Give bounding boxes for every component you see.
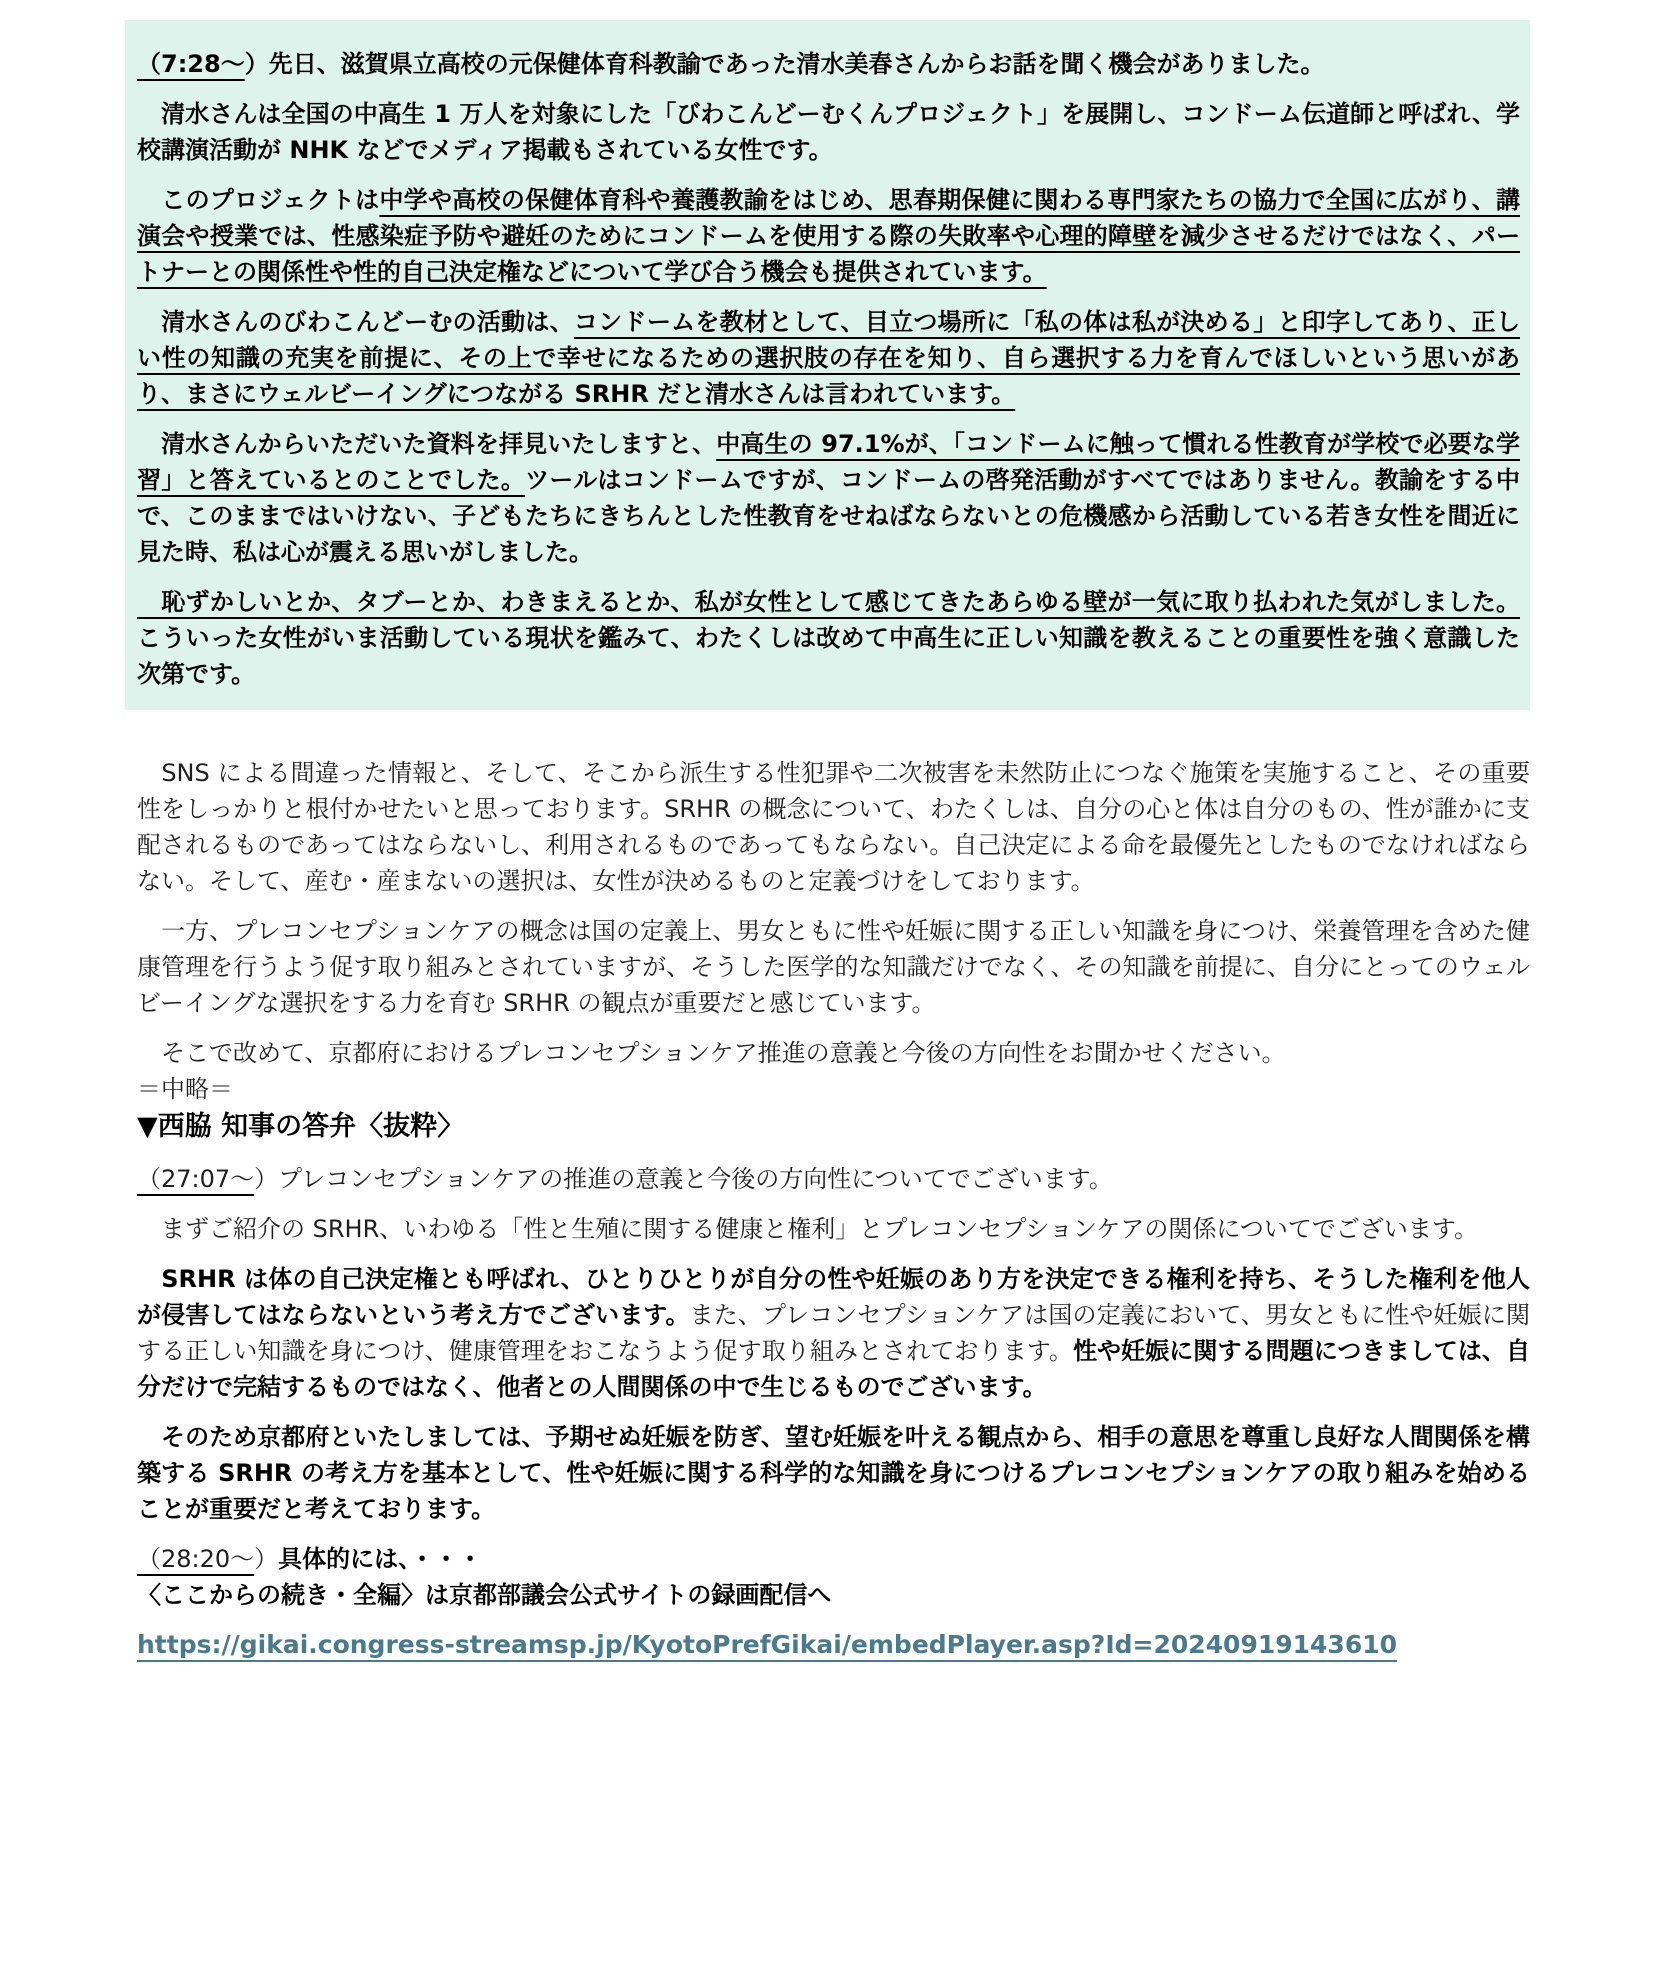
answer-paragraph-3: SRHR は体の自己決定権とも呼ばれ、ひとりひとりが自分の性や妊娠のあり方を決定… bbox=[137, 1261, 1530, 1405]
answer-section-heading: ▼西脇 知事の答弁〈抜粋〉 bbox=[137, 1107, 1530, 1147]
text-segment: こういった女性がいま活動している現状を鑑みて、わたくしは改めて中高生に正しい知識… bbox=[137, 624, 1520, 688]
question-paragraph-7: SNS による間違った情報と、そして、そこから派生する性犯罪や二次被害を未然防止… bbox=[137, 755, 1530, 899]
timestamp: （7:28～ bbox=[137, 50, 245, 78]
question-continued-section: SNS による間違った情報と、そして、そこから派生する性犯罪や二次被害を未然防止… bbox=[137, 755, 1530, 1071]
question-highlight-section: （7:28～）先日、滋賀県立高校の元保健体育科教諭であった清水美春さんからお話を… bbox=[125, 20, 1530, 710]
timestamp: （27:07～ bbox=[137, 1165, 254, 1193]
text-segment: まずご紹介の SRHR、いわゆる「性と生殖に関する健康と権利」とプレコンセプショ… bbox=[137, 1215, 1478, 1243]
question-paragraph-1: （7:28～）先日、滋賀県立高校の元保健体育科教諭であった清水美春さんからお話を… bbox=[137, 46, 1520, 82]
text-segment: 一方、プレコンセプションケアの概念は国の定義上、男女ともに性や妊娠に関する正しい… bbox=[137, 917, 1530, 1017]
text-segment: 先日、滋賀県立高校の元保健体育科教諭であった清水美春さんからお話を聞く機会があり… bbox=[269, 50, 1325, 78]
question-paragraph-3: このプロジェクトは中学や高校の保健体育科や養護教諭をはじめ、思春期保健に関わる専… bbox=[137, 182, 1520, 290]
answer-paragraph-2: まずご紹介の SRHR、いわゆる「性と生殖に関する健康と権利」とプレコンセプショ… bbox=[137, 1211, 1530, 1247]
timestamp-close: ） bbox=[254, 1165, 278, 1193]
question-paragraph-5: 清水さんからいただいた資料を拝見いたしますと、中高生の 97.1%が、「コンドー… bbox=[137, 426, 1520, 570]
question-paragraph-2: 清水さんは全国の中高生 1 万人を対象にした「びわこんどーむくんプロジェクト」を… bbox=[137, 96, 1520, 168]
text-segment: このプロジェクトは bbox=[137, 186, 379, 214]
text-segment: 清水さんのびわこんどーむの活動は、 bbox=[137, 308, 574, 336]
omission-marker: ＝中略＝ bbox=[137, 1071, 1530, 1107]
text-segment: 清水さんからいただいた資料を拝見いたしますと、 bbox=[137, 430, 716, 458]
timestamp-close: ） bbox=[254, 1545, 278, 1573]
bold-text: 具体的には、・・・ bbox=[278, 1545, 482, 1573]
video-link[interactable]: https://gikai.congress-streamsp.jp/Kyoto… bbox=[137, 1630, 1397, 1659]
text-segment: SNS による間違った情報と、そして、そこから派生する性犯罪や二次被害を未然防止… bbox=[137, 759, 1530, 895]
continuation-note: 〈ここからの続き・全編〉は京都部議会公式サイトの録画配信へ bbox=[137, 1577, 1530, 1613]
text-segment: 清水さんは全国の中高生 1 万人を対象にした「びわこんどーむくんプロジェクト」を… bbox=[137, 100, 1520, 164]
footer-section: 〈ここからの続き・全編〉は京都部議会公式サイトの録画配信へ https://gi… bbox=[137, 1577, 1530, 1663]
link-line: https://gikai.congress-streamsp.jp/Kyoto… bbox=[137, 1627, 1530, 1663]
question-paragraph-4: 清水さんのびわこんどーむの活動は、コンドームを教材として、目立つ場所に「私の体は… bbox=[137, 304, 1520, 412]
question-paragraph-6: 恥ずかしいとか、タブーとか、わきまえるとか、私が女性として感じてきたあらゆる壁が… bbox=[137, 584, 1520, 692]
text-segment: そのため京都府といたしましては、予期せぬ妊娠を防ぎ、望む妊娠を叶える観点から、相… bbox=[137, 1423, 1530, 1523]
answer-paragraph-5: （28:20～）具体的には、・・・ bbox=[137, 1541, 1530, 1577]
question-paragraph-9: そこで改めて、京都府におけるプレコンセプションケア推進の意義と今後の方向性をお聞… bbox=[137, 1035, 1530, 1071]
answer-paragraph-1: （27:07～）プレコンセプションケアの推進の意義と今後の方向性についてでござい… bbox=[137, 1161, 1530, 1197]
question-paragraph-8: 一方、プレコンセプションケアの概念は国の定義上、男女ともに性や妊娠に関する正しい… bbox=[137, 913, 1530, 1021]
text-segment: プレコンセプションケアの推進の意義と今後の方向性についてでございます。 bbox=[278, 1165, 1113, 1193]
answer-paragraph-4: そのため京都府といたしましては、予期せぬ妊娠を防ぎ、望む妊娠を叶える観点から、相… bbox=[137, 1419, 1530, 1527]
timestamp: （28:20～ bbox=[137, 1545, 254, 1573]
omission-section: ＝中略＝ bbox=[137, 1071, 1530, 1107]
underlined-text: 恥ずかしいとか、タブーとか、わきまえるとか、私が女性として感じてきたあらゆる壁が… bbox=[137, 588, 1520, 616]
text-segment: そこで改めて、京都府におけるプレコンセプションケア推進の意義と今後の方向性をお聞… bbox=[137, 1039, 1286, 1067]
answer-section: ▼西脇 知事の答弁〈抜粋〉 （27:07～）プレコンセプションケアの推進の意義と… bbox=[137, 1107, 1530, 1577]
timestamp-close: ） bbox=[245, 50, 269, 78]
